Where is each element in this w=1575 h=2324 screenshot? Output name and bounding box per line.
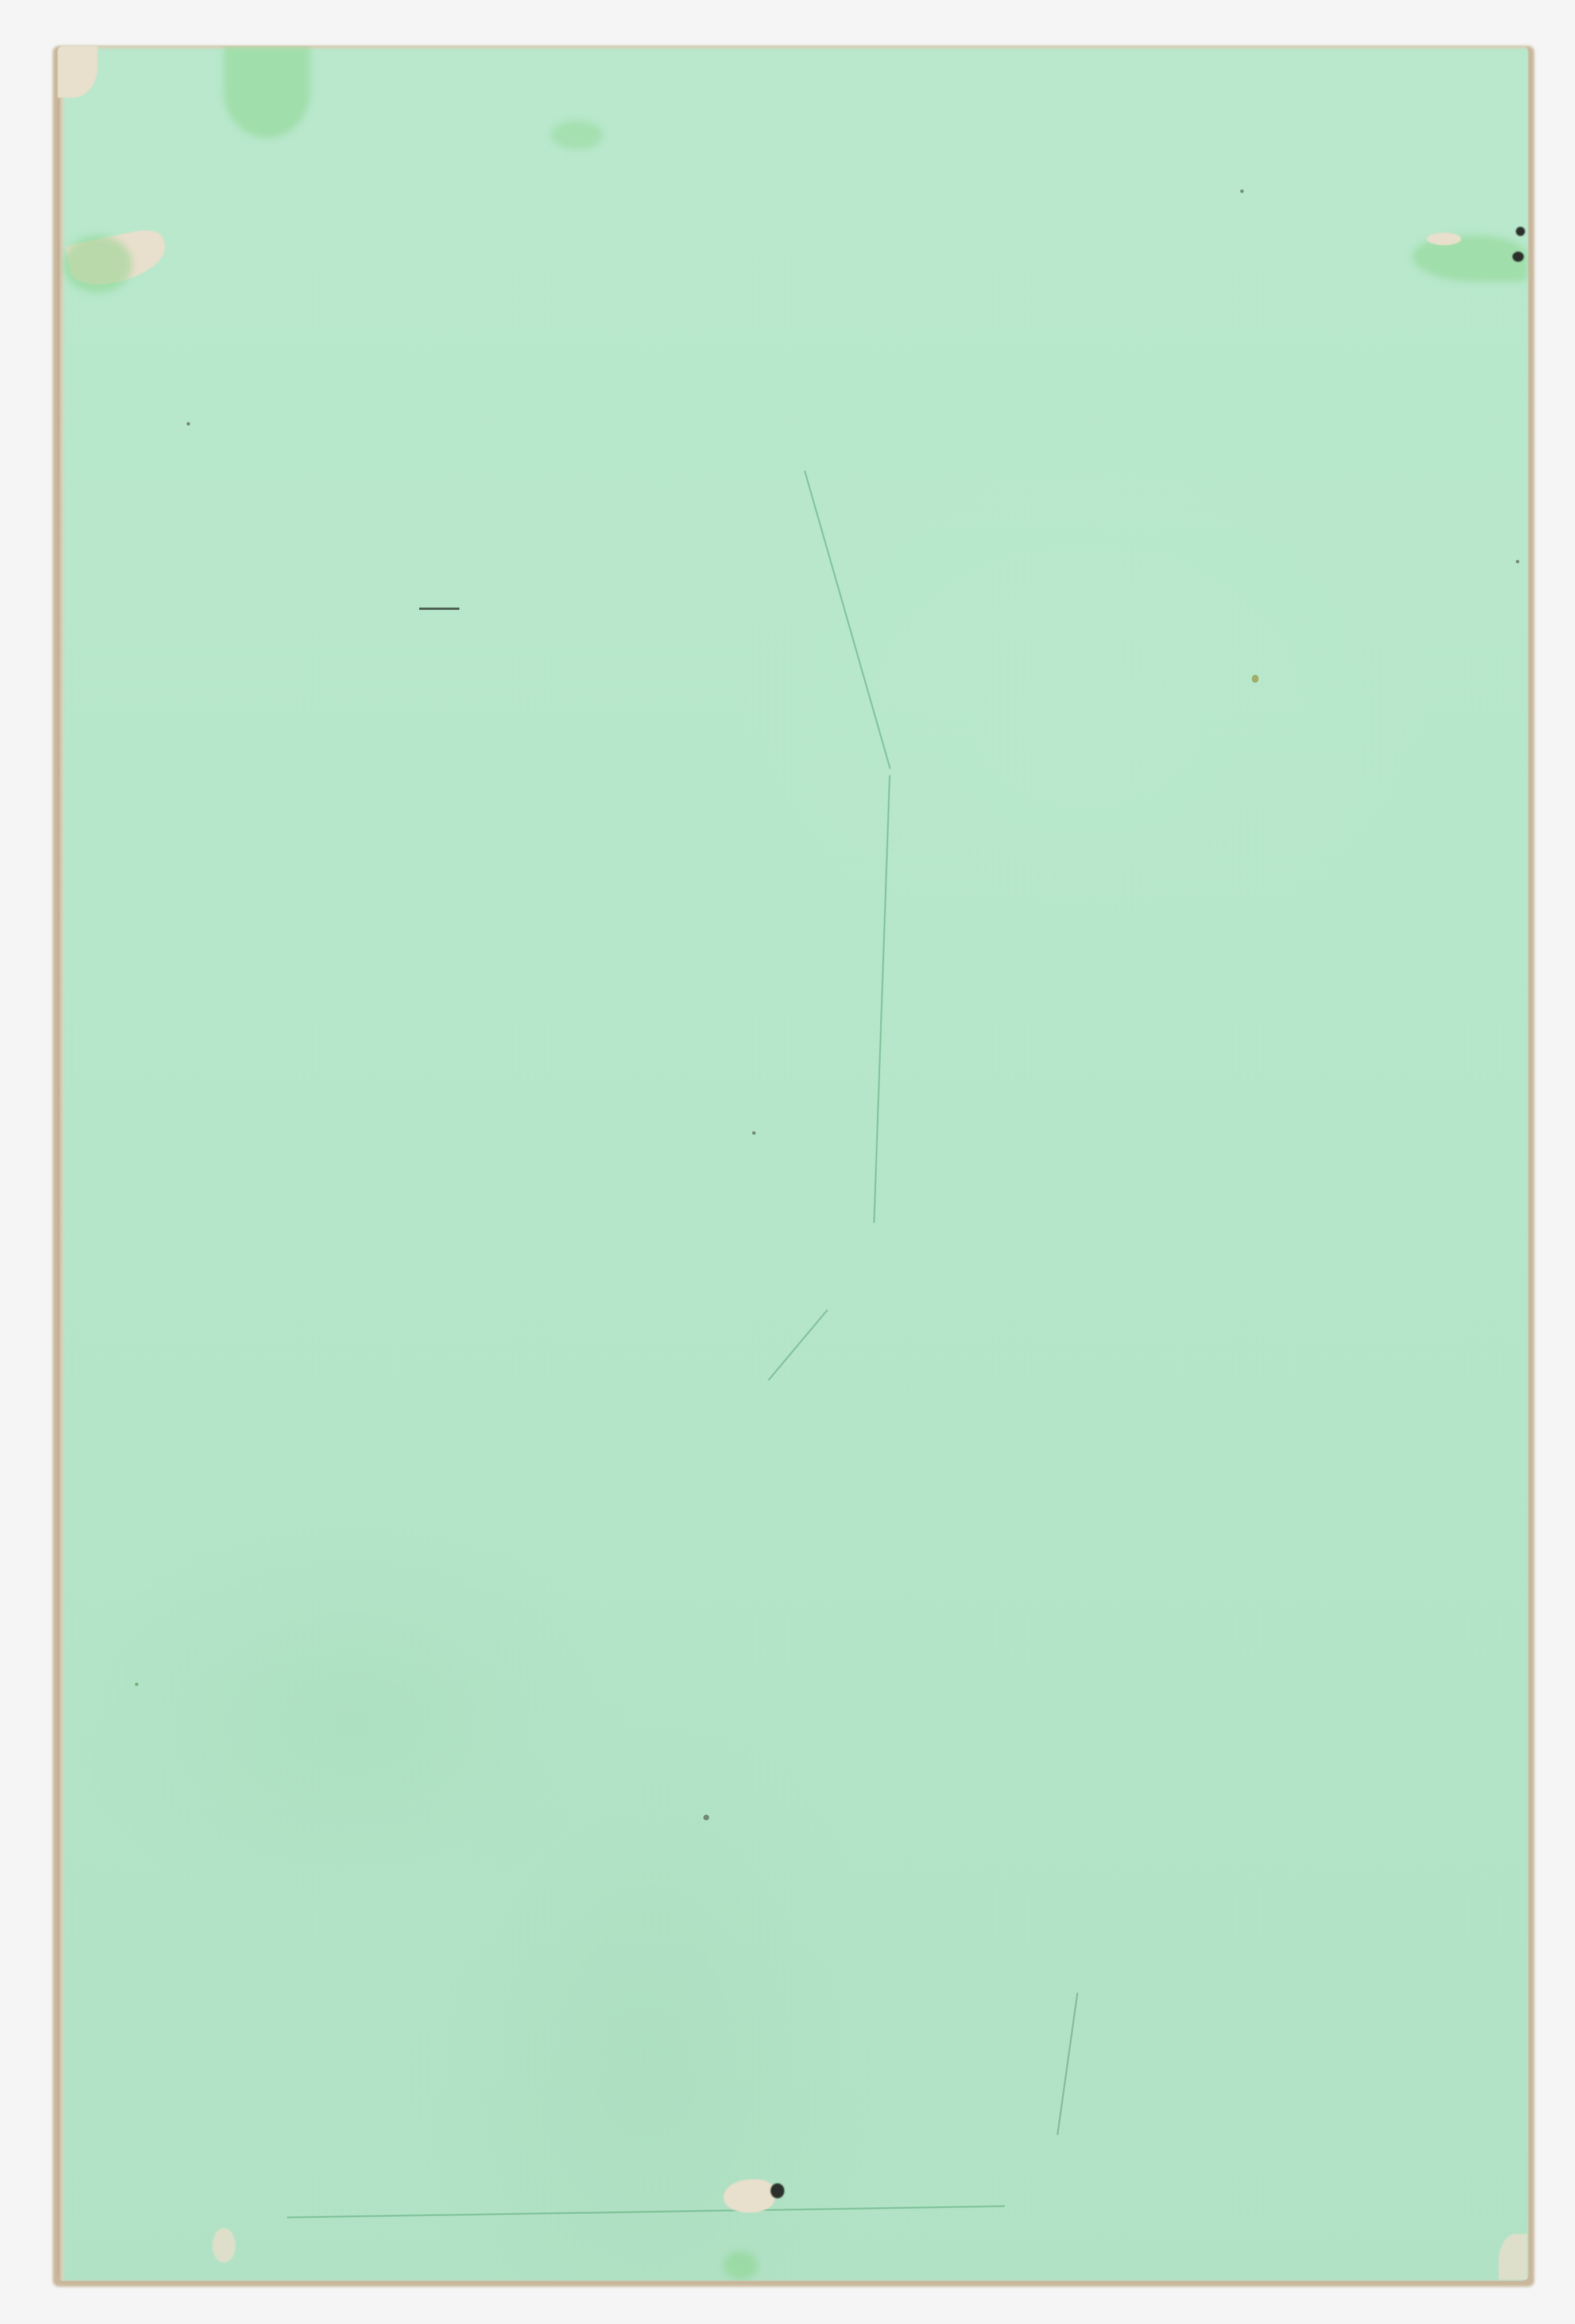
water-stain-arc-top-left (63, 235, 132, 293)
stain-bottom-center (723, 2251, 758, 2280)
blank-card (57, 46, 1528, 2281)
speck (703, 1815, 709, 1820)
scratch-center (804, 470, 891, 769)
scratch-center-hook (768, 1309, 828, 1381)
scratch-bottom (287, 2205, 1005, 2218)
ink-mark-bottom-center (771, 2183, 784, 2198)
mark-left-dash (419, 608, 459, 610)
water-stain-top-left (224, 46, 310, 138)
ink-mark-top-right-1 (1516, 227, 1525, 236)
ink-mark-top-right-2 (1512, 252, 1524, 262)
paper-loss-bottom-center (723, 2179, 775, 2213)
speck (752, 1131, 756, 1135)
speck (1252, 675, 1259, 683)
corner-wear-top-left (57, 46, 98, 98)
scratch-lower-right (1057, 1993, 1078, 2135)
speck (1240, 190, 1244, 193)
speck (1516, 560, 1519, 563)
smudge-top-center (551, 121, 603, 149)
paper-loss-top-right (1427, 233, 1461, 245)
speck (187, 422, 190, 426)
speck (135, 1683, 138, 1686)
card-edge-left (57, 46, 65, 2281)
corner-wear-bottom-right (1499, 2234, 1527, 2280)
scratch-center-lower (873, 775, 891, 1223)
corner-wear-bottom-left (212, 2228, 235, 2263)
